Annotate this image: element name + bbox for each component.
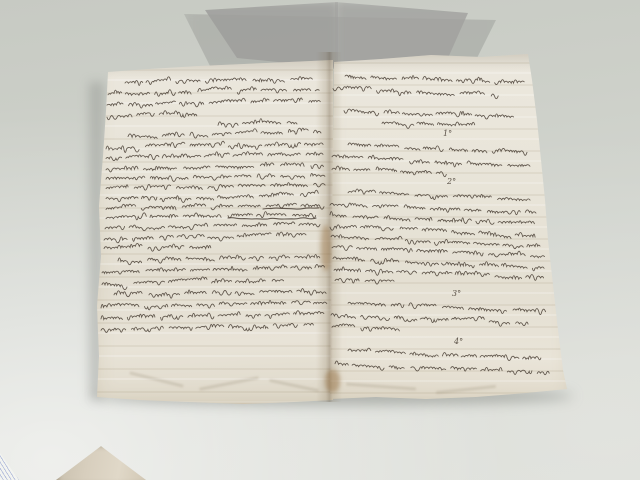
manuscript-photo: 1°2°3°4° [0, 0, 640, 480]
handwritten-line [333, 257, 544, 271]
handwritten-line [106, 162, 323, 172]
handwritten-line [335, 278, 394, 284]
handwritten-line [106, 173, 325, 181]
handwritten-line [348, 348, 541, 360]
handwritten-line [348, 302, 546, 314]
section-marker: 1° [443, 129, 452, 138]
handwritten-line [107, 111, 197, 120]
handwritten-line [332, 246, 545, 258]
handwritten-line [333, 86, 498, 99]
handwritten-line [106, 152, 323, 161]
handwritten-line [101, 300, 327, 309]
handwritten-line [334, 267, 544, 281]
handwritten-line [108, 86, 319, 96]
handwritten-line [218, 119, 297, 128]
handwritten-line [330, 225, 535, 239]
handwritten-line [104, 243, 211, 251]
section-marker: 3° [452, 289, 461, 298]
handwritten-line [228, 218, 316, 219]
handwritten-line [344, 109, 514, 119]
handwritten-line [125, 77, 312, 86]
handwritten-line [105, 222, 320, 231]
handwritten-line [114, 289, 326, 299]
handwritten-line [102, 277, 284, 290]
handwritten-line [104, 232, 306, 243]
handwritten-line [106, 183, 325, 191]
section-marker: 2° [446, 177, 456, 186]
handwritten-line [102, 265, 325, 275]
handwritten-line [330, 203, 536, 215]
handwritten-line [107, 98, 320, 108]
handwritten-line [106, 190, 318, 202]
handwritten-line [101, 311, 324, 321]
handwritten-line [331, 235, 540, 249]
handwritten-line [331, 314, 528, 327]
handwritten-line [106, 141, 323, 152]
handwritten-line [348, 143, 527, 155]
handwritten-line [263, 208, 319, 209]
handwritten-line [332, 324, 399, 331]
handwritten-line [382, 122, 475, 129]
handwritten-line [335, 361, 549, 375]
section-marker: 4° [453, 337, 463, 346]
handwritten-line [118, 254, 320, 264]
handwritten-line [101, 323, 313, 332]
handwritten-line [332, 166, 446, 177]
handwritten-line [348, 189, 530, 201]
handwritten-line [345, 75, 524, 84]
handwritten-line [128, 128, 321, 138]
handwriting-layer: 1°2°3°4° [0, 0, 640, 480]
handwritten-line [332, 155, 530, 167]
